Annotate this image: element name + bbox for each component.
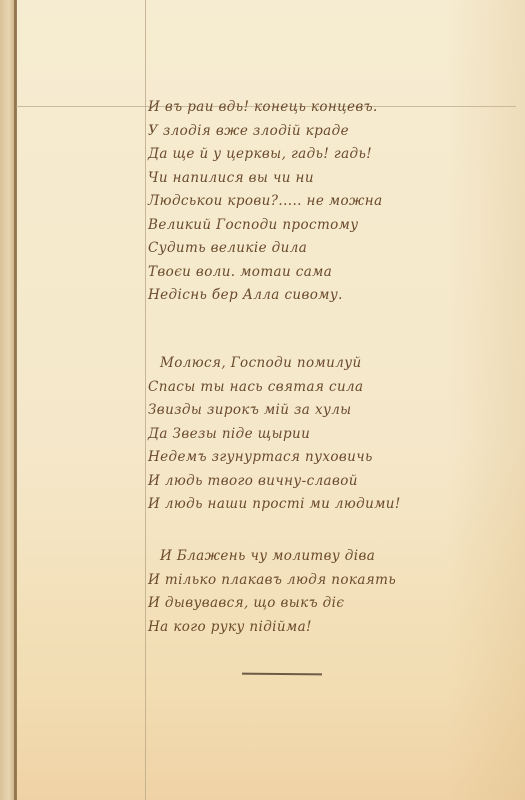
- stanza-2: Молюся, Господи помилуй Спасы ты нась св…: [148, 352, 508, 517]
- verse-line: И дывувався, що выкъ діє: [148, 592, 508, 616]
- manuscript-page: И въ раи вдь! конець концевъ. У злодія в…: [0, 0, 525, 800]
- verse-line: Спасы ты нась святая сила: [148, 376, 508, 400]
- verse-line: Молюся, Господи помилуй: [148, 352, 508, 376]
- verse-line: Да Звезы піде щырии: [148, 423, 508, 447]
- stanza-1: И въ раи вдь! конець концевъ. У злодія в…: [148, 96, 508, 308]
- verse-line: Людськои крови?..... не можна: [148, 190, 508, 214]
- verse-line: И тілько плакавъ людя покаять: [148, 569, 508, 593]
- verse-line: Твоєи воли. мотаи сама: [148, 261, 508, 285]
- verse-line: И въ раи вдь! конець концевъ.: [148, 96, 508, 120]
- verse-line: Чи напилися вы чи ни: [148, 167, 508, 191]
- verse-line: Великий Господи простому: [148, 214, 508, 238]
- verse-line: У злодія вже злодій краде: [148, 120, 508, 144]
- margin-rule: [145, 0, 146, 800]
- verse-line: Судить великіе дила: [148, 237, 508, 261]
- verse-line: И людь наши прості ми людими!: [148, 493, 508, 517]
- end-rule: [242, 673, 322, 675]
- verse-line: Да ще й у церквы, гадь! гадь!: [148, 143, 508, 167]
- verse-line: На кого руку підійма!: [148, 616, 508, 640]
- verse-line: Звизды зирокъ мій за хулы: [148, 399, 508, 423]
- verse-line: И людь твого вичну-славой: [148, 470, 508, 494]
- verse-line: Недемъ згунуртася пуховичь: [148, 446, 508, 470]
- verse-line: Недіснь бер Алла сивому.: [148, 284, 508, 308]
- verse-line: И Блажень чу молитву діва: [148, 545, 508, 569]
- stanza-3: И Блажень чу молитву діва И тілько плака…: [148, 545, 508, 639]
- binding-edge: [14, 0, 17, 800]
